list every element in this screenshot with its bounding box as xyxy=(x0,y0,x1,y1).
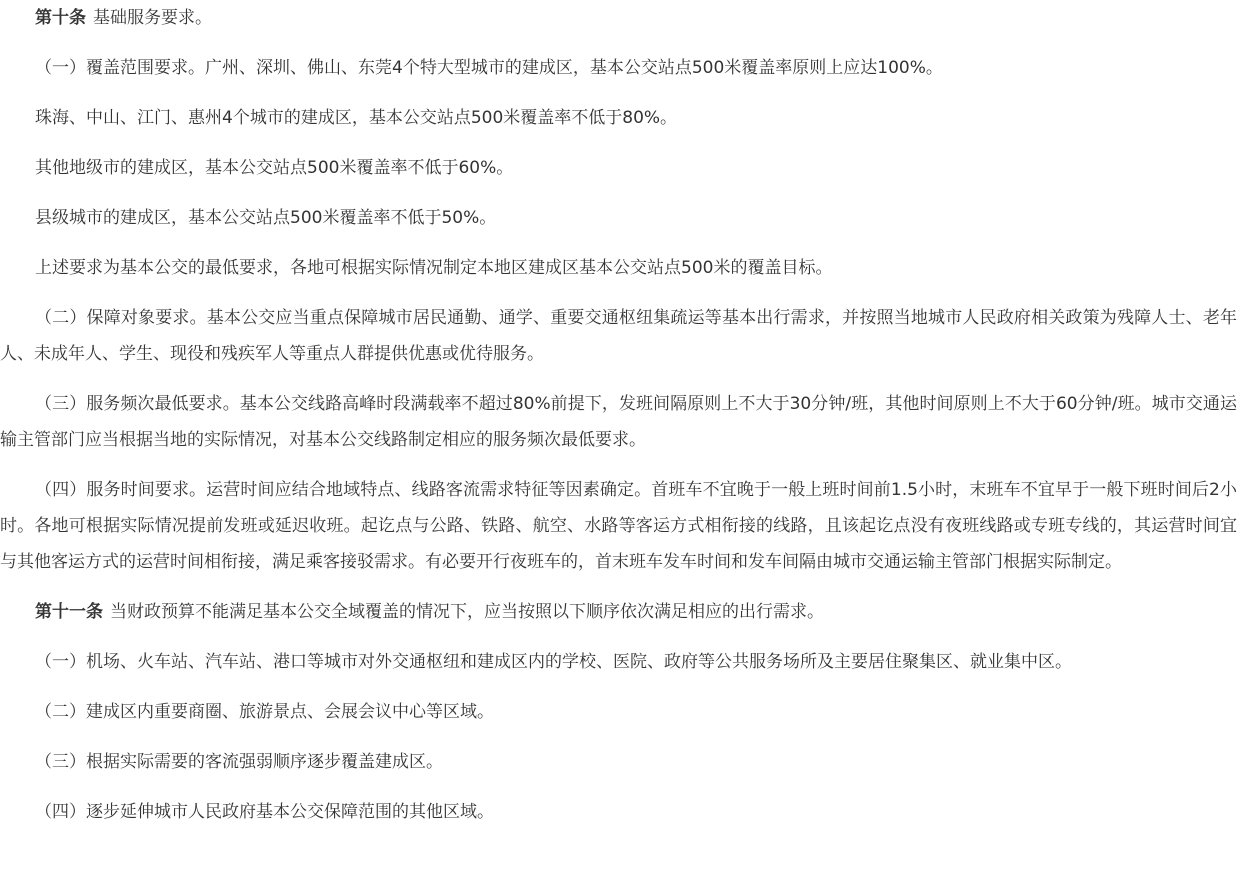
article-number: 第十一条 xyxy=(35,602,110,622)
paragraph-text: 基础服务要求。 xyxy=(93,8,212,28)
paragraph-text: 上述要求为基本公交的最低要求，各地可根据实际情况制定本地区建成区基本公交站点50… xyxy=(35,258,832,278)
paragraph: （三）根据实际需要的客流强弱顺序逐步覆盖建成区。 xyxy=(0,744,1237,780)
paragraph: 上述要求为基本公交的最低要求，各地可根据实际情况制定本地区建成区基本公交站点50… xyxy=(0,250,1237,286)
paragraph: 第十条基础服务要求。 xyxy=(0,0,1237,36)
paragraph: 第十一条当财政预算不能满足基本公交全域覆盖的情况下，应当按照以下顺序依次满足相应… xyxy=(0,594,1237,630)
paragraph: （四）服务时间要求。运营时间应结合地域特点、线路客流需求特征等因素确定。首班车不… xyxy=(0,472,1237,580)
paragraph-text: （二）保障对象要求。基本公交应当重点保障城市居民通勤、通学、重要交通枢纽集疏运等… xyxy=(0,308,1237,364)
paragraph: （四）逐步延伸城市人民政府基本公交保障范围的其他区域。 xyxy=(0,794,1237,830)
paragraph: 县级城市的建成区，基本公交站点500米覆盖率不低于50%。 xyxy=(0,200,1237,236)
paragraph-text: 其他地级市的建成区，基本公交站点500米覆盖率不低于60%。 xyxy=(35,158,513,178)
article-number: 第十条 xyxy=(35,8,93,28)
paragraph: 其他地级市的建成区，基本公交站点500米覆盖率不低于60%。 xyxy=(0,150,1237,186)
paragraph-text: 当财政预算不能满足基本公交全域覆盖的情况下，应当按照以下顺序依次满足相应的出行需… xyxy=(110,602,824,622)
paragraph: 珠海、中山、江门、惠州4个城市的建成区，基本公交站点500米覆盖率不低于80%。 xyxy=(0,100,1237,136)
paragraph-text: 珠海、中山、江门、惠州4个城市的建成区，基本公交站点500米覆盖率不低于80%。 xyxy=(35,108,677,128)
paragraph-text: （一）机场、火车站、汽车站、港口等城市对外交通枢纽和建成区内的学校、医院、政府等… xyxy=(35,652,1072,672)
paragraph-text: （三）服务频次最低要求。基本公交线路高峰时段满载率不超过80%前提下，发班间隔原… xyxy=(0,394,1237,450)
paragraph-text: 县级城市的建成区，基本公交站点500米覆盖率不低于50%。 xyxy=(35,208,496,228)
paragraph-text: （四）服务时间要求。运营时间应结合地域特点、线路客流需求特征等因素确定。首班车不… xyxy=(0,480,1237,572)
paragraph: （二）建成区内重要商圈、旅游景点、会展会议中心等区域。 xyxy=(0,694,1237,730)
paragraph: （二）保障对象要求。基本公交应当重点保障城市居民通勤、通学、重要交通枢纽集疏运等… xyxy=(0,300,1237,372)
paragraph: （一）覆盖范围要求。广州、深圳、佛山、东莞4个特大型城市的建成区，基本公交站点5… xyxy=(0,50,1237,86)
document-body: 第十条基础服务要求。 （一）覆盖范围要求。广州、深圳、佛山、东莞4个特大型城市的… xyxy=(0,0,1237,881)
paragraph: （一）机场、火车站、汽车站、港口等城市对外交通枢纽和建成区内的学校、医院、政府等… xyxy=(0,644,1237,680)
paragraph-text: （二）建成区内重要商圈、旅游景点、会展会议中心等区域。 xyxy=(35,702,494,722)
paragraph-text: （一）覆盖范围要求。广州、深圳、佛山、东莞4个特大型城市的建成区，基本公交站点5… xyxy=(35,58,943,78)
paragraph-text: （三）根据实际需要的客流强弱顺序逐步覆盖建成区。 xyxy=(35,752,443,772)
paragraph-text: （四）逐步延伸城市人民政府基本公交保障范围的其他区域。 xyxy=(35,802,494,822)
paragraph: （三）服务频次最低要求。基本公交线路高峰时段满载率不超过80%前提下，发班间隔原… xyxy=(0,386,1237,458)
